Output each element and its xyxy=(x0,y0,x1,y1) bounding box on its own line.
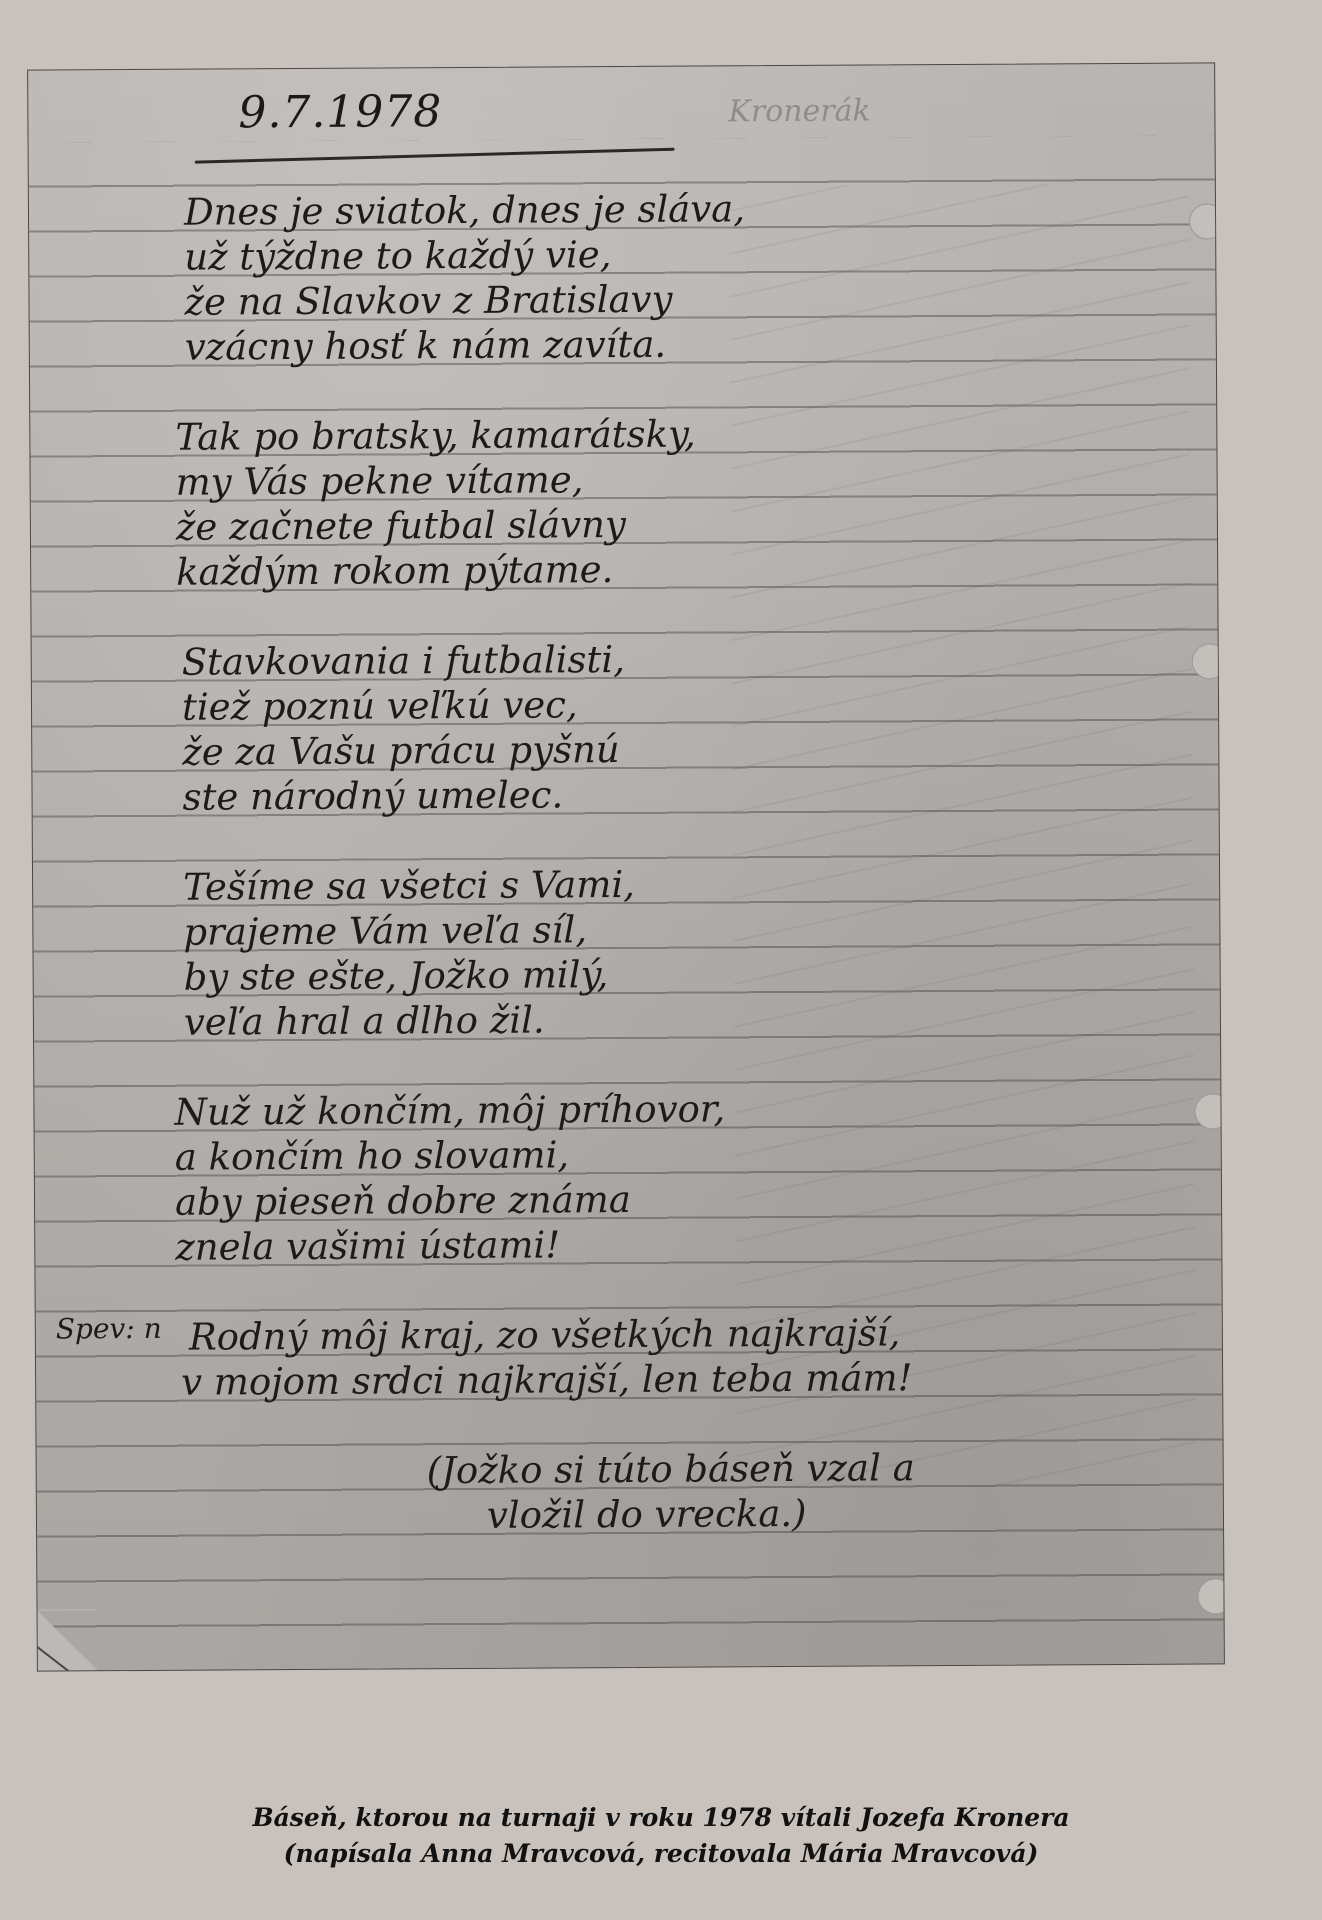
poem-line: Tak po bratsky, kamarátsky, xyxy=(175,412,696,460)
poem-line: aby pieseň dobre známa xyxy=(175,1176,726,1224)
date-heading: 9.7.1978 xyxy=(238,86,442,138)
poem-line: vzácny hosť k nám zavíta. xyxy=(185,321,746,369)
note-line: (Jožko si túto báseň vzal a xyxy=(427,1445,915,1493)
poem-line: by ste ešte, Jožko milý, xyxy=(184,952,636,1000)
stanza-3: Stavkovania i futbalisti, tiež poznú veľ… xyxy=(182,637,626,820)
poem-photograph: 9.7.1978 Kronerák Dnes je sviatok, dnes … xyxy=(27,62,1225,1671)
poem-line: Stavkovania i futbalisti, xyxy=(182,637,625,685)
poem-line: Rodný môj kraj, zo všetkých najkrajší, xyxy=(181,1310,913,1359)
poem-line: znela vašimi ústami! xyxy=(175,1221,726,1269)
folded-corner xyxy=(38,1609,98,1670)
punch-hole xyxy=(1189,203,1225,239)
caption-line-2: (napísala Anna Mravcová, recitovala Mári… xyxy=(0,1836,1322,1872)
poem-line: Dnes je sviatok, dnes je sláva, xyxy=(184,186,745,234)
poem-line: veľa hral a dlho žil. xyxy=(184,997,636,1045)
stanza-song: . Rodný môj kraj, zo všetkých najkrajší,… xyxy=(180,1265,912,1404)
poem-line: každým rokom pýtame. xyxy=(176,547,697,595)
poem-line: ste národný umelec. xyxy=(182,772,625,820)
poem-line: Nuž už končím, môj príhovor, xyxy=(174,1086,725,1134)
stanza-5: Nuž už končím, môj príhovor, a končím ho… xyxy=(174,1086,726,1269)
poem-line: Tešíme sa všetci s Vami, xyxy=(183,862,635,910)
stanza-2: Tak po bratsky, kamarátsky, my Vás pekne… xyxy=(175,412,696,595)
poem-line: prajeme Vám veľa síl, xyxy=(183,907,635,955)
poem-line: že na Slavkov z Bratislavy xyxy=(184,276,745,324)
poem-line: a končím ho slovami, xyxy=(175,1131,726,1179)
poem-line: že začnete futbal slávny xyxy=(176,502,697,550)
poem-line: tiež poznú veľkú vec, xyxy=(182,682,625,730)
punch-hole xyxy=(1192,643,1225,679)
faint-header: Kronerák xyxy=(728,93,871,129)
song-label: Spev: n xyxy=(56,1312,162,1346)
stanza-1: Dnes je sviatok, dnes je sláva, už týždn… xyxy=(184,186,746,369)
poem-line: že za Vašu prácu pyšnú xyxy=(182,727,625,775)
closing-note: (Jožko si túto báseň vzal a vložil do vr… xyxy=(427,1445,916,1538)
note-line: vložil do vrecka.) xyxy=(427,1490,915,1538)
punch-hole xyxy=(1194,1093,1224,1129)
poem-line: my Vás pekne vítame, xyxy=(176,457,697,505)
stanza-4: Tešíme sa všetci s Vami, prajeme Vám veľ… xyxy=(183,862,636,1045)
caption-line-1: Báseň, ktorou na turnaji v roku 1978 vít… xyxy=(0,1800,1322,1836)
photo-caption: Báseň, ktorou na turnaji v roku 1978 vít… xyxy=(0,1800,1322,1872)
poem-line: v mojom srdci najkrajší, len teba mám! xyxy=(181,1355,913,1404)
poem-line: už týždne to každý vie, xyxy=(184,231,745,279)
